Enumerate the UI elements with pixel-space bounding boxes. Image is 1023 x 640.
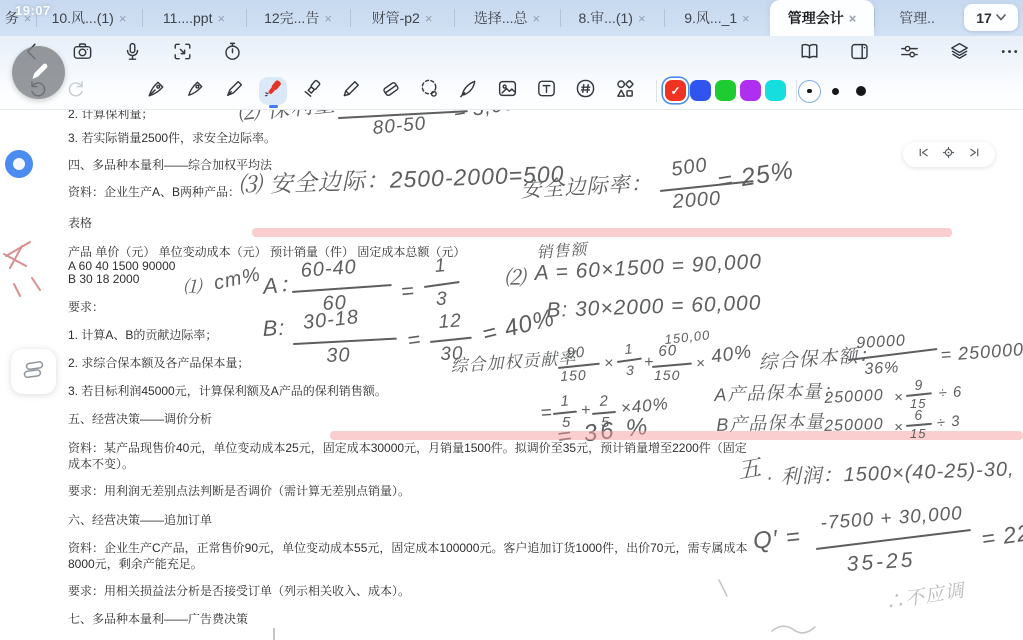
ink-text: 35-25 [846, 549, 916, 575]
ink-text: A产品保本量： [714, 382, 842, 404]
doc-line: 七、多品种本量利——广告费决策 [68, 612, 248, 626]
ink-text: 150,00 [664, 328, 711, 346]
doc-line: 四、多品种本量利——综合加权平均法 [68, 158, 272, 172]
ink-text: ⑴ [183, 278, 202, 296]
tab-close-icon[interactable]: × [217, 12, 225, 25]
ink-text: 2000 [672, 189, 722, 212]
marker-tool-active[interactable] [259, 77, 287, 105]
ink-text: 30-18 [302, 307, 360, 333]
screenshot-crop-icon [171, 40, 194, 68]
image-icon [496, 77, 519, 105]
skip-to-end-icon[interactable] [968, 146, 981, 164]
ink-text: 3 [626, 363, 635, 377]
fountain-pen-icon [145, 77, 168, 105]
timer-button[interactable] [218, 40, 246, 68]
ink-text: -7500 + 30,000 [820, 504, 963, 533]
eraser-icon [379, 77, 402, 105]
ink-text: = [406, 328, 423, 352]
doc-line: 2. 求综合保本额及各产品保本量； [68, 356, 249, 370]
color-swatch-red[interactable]: ✓ [665, 80, 686, 101]
tag-number-tool[interactable] [571, 77, 599, 105]
ink-text: + [581, 403, 591, 419]
doc-line: 1. 计算A、B的贡献边际率； [68, 328, 217, 342]
page-nav-pill [903, 142, 995, 167]
doc-line: 3. 若实际销量2500件，求安全边际率。 [68, 131, 276, 145]
toolbar-divider-2 [796, 80, 797, 102]
tab-count: 17 [976, 10, 992, 26]
text-box-icon [535, 77, 558, 105]
ink-text: Q′ = [752, 525, 802, 554]
doc-line: 资料：企业生产A、B两种产品： [68, 185, 240, 199]
ink-text: ÷ 3 [936, 414, 961, 431]
tab-item[interactable]: 9.风..._1× [664, 0, 770, 36]
doc-line: 3. 若目标利润45000元，计算保利额及A产品的保利销售额。 [68, 384, 387, 398]
microphone-button[interactable] [118, 40, 146, 68]
doc-line: A 60 40 1500 90000 [68, 259, 175, 273]
ink-text: × [604, 356, 614, 372]
toolbar: ✓ [0, 36, 1023, 110]
tab-close-icon[interactable]: × [425, 12, 433, 25]
ink-text: 60-40 [300, 257, 357, 281]
stroke-sizes [798, 79, 873, 103]
shapes-tool[interactable] [610, 77, 638, 105]
toolbar-row-tools: ✓ [0, 72, 1023, 110]
timer-icon [221, 40, 244, 68]
floating-blue-dot[interactable] [5, 150, 33, 178]
ballpoint-pen-icon [223, 77, 246, 105]
ink-text: 1 [560, 393, 570, 409]
calligraphy-pen-tool[interactable] [181, 77, 209, 105]
tab-label: 9.风..._1 [684, 8, 737, 28]
pencil-tool[interactable] [337, 77, 365, 105]
ink-text: 6 [914, 408, 924, 422]
highlighter-icon [301, 77, 324, 105]
ink-text: 1 [624, 341, 634, 356]
tab-close-icon[interactable]: × [742, 12, 750, 25]
app-window: 务×10.风...(1)×11....ppt×12完...告×财管-p2×选择.… [0, 0, 1023, 640]
ink-text: 150 [654, 368, 680, 382]
pen-box-button[interactable] [11, 349, 56, 394]
color-swatch-green[interactable] [715, 80, 736, 101]
tab-label: 财管-p2 [372, 8, 420, 28]
ink-text: 2 [599, 393, 609, 409]
chevron-down-icon [996, 14, 1006, 21]
ink-text: ÷ 6 [938, 384, 963, 401]
doc-line: 8000元，剩余产能充足。 [68, 557, 203, 571]
ink-text: A： [262, 273, 302, 298]
ink-text: · 利润：1500×(40-25)-30, [766, 459, 1015, 488]
ink-fraction-bar [424, 281, 460, 288]
tab-item[interactable]: 12完...告× [246, 0, 350, 36]
settings-button[interactable] [895, 40, 923, 68]
reader-mode-button[interactable] [795, 40, 823, 68]
ink-fraction-bar [430, 337, 472, 344]
microphone-icon [121, 40, 144, 68]
ink-text: = [540, 403, 553, 423]
ink-text: 1 [434, 256, 447, 276]
note-canvas[interactable]: 2. 计算保利量；3. 若实际销量2500件，求安全边际率。四、多品种本量利——… [0, 110, 1023, 640]
status-time: 19:07 [15, 3, 51, 18]
toolbar-divider [656, 80, 657, 102]
calligraphy-pen-icon [184, 77, 207, 105]
page-panel-icon [848, 40, 871, 68]
ink-text: ⑵ [504, 268, 526, 289]
ink-text: × [894, 420, 904, 435]
pen-tray-icon [18, 353, 50, 390]
doc-line: 要求：用相关损益法分析是否接受订单（列示相关收入、成本）。 [68, 584, 410, 598]
fountain-pen-tool[interactable] [142, 77, 170, 105]
tab-item[interactable]: 10.风...(1)× [36, 0, 142, 36]
tab-label: 8.审...(1) [578, 8, 632, 28]
tab-close-icon[interactable]: × [849, 12, 857, 25]
ink-text: = 250000 [940, 340, 1023, 364]
color-swatch-cyan[interactable] [765, 80, 786, 101]
ink-text: 安全边际率： [520, 173, 653, 201]
ink-text: = 2250 [980, 517, 1023, 550]
ink-text: 30 [326, 345, 351, 366]
locate-target-icon[interactable] [942, 146, 955, 164]
page-panel-button[interactable] [845, 40, 873, 68]
tab-label: 选择...总 [474, 8, 528, 28]
ink-text: B产品保本量 [716, 412, 825, 434]
lasso-select-tool[interactable] [415, 77, 443, 105]
insert-image-tool[interactable] [493, 77, 521, 105]
ink-text: ⑶ 安全边际：2500-2000=500 [238, 163, 565, 197]
tab-item[interactable]: 管理.. [874, 0, 960, 36]
ink-text: × [894, 390, 904, 405]
ink-text: + [644, 355, 654, 371]
pen-icon [24, 55, 54, 90]
ink-text: 3 [436, 290, 448, 309]
doc-line: 表格 [68, 216, 92, 230]
redo-button[interactable] [62, 77, 90, 105]
doc-line: 产品 单价（元） 单位变动成本（元） 预计销量（件） 固定成本总额（元） [68, 245, 465, 259]
text-box-tool[interactable] [532, 77, 560, 105]
tab-item[interactable]: 财管-p2× [350, 0, 454, 36]
camera-icon [71, 40, 94, 68]
screenshot-button[interactable] [168, 40, 196, 68]
ink-text: 综合加权贡献率 [450, 349, 577, 375]
ink-text: × [696, 356, 706, 371]
ink-text: 500 [670, 155, 709, 180]
ink-text: 90 [566, 345, 586, 361]
ink-text: = [400, 280, 416, 303]
layers-icon [948, 40, 971, 68]
doc-line: 六、经营决策——追加订单 [68, 513, 212, 527]
ink-text: 9 [914, 377, 924, 392]
tab-active[interactable]: 管理会计× [770, 0, 874, 36]
ink-text: B: 30×2000 = 60,000 [546, 292, 762, 320]
ink-text: 五 [736, 456, 764, 483]
doc-line: 2. 计算保利量； [68, 110, 153, 121]
camera-button[interactable] [68, 40, 96, 68]
tab-label: 12完...告 [264, 8, 319, 28]
ink-text: 15 [910, 427, 926, 440]
toolbar-row-top [0, 36, 1023, 72]
doc-line: B 30 18 2000 [68, 272, 139, 286]
tab-label: 10.风...(1) [52, 8, 114, 28]
tab-close-icon[interactable]: × [533, 12, 541, 25]
ballpoint-pen-tool[interactable] [220, 77, 248, 105]
eraser-tool[interactable] [376, 77, 404, 105]
ink-text: = 25% [716, 158, 796, 195]
stroke-size-small[interactable] [798, 80, 821, 103]
tab-label: 管理.. [899, 8, 935, 28]
ink-text: 90000 [856, 333, 906, 352]
more-ellipsis-icon [998, 40, 1021, 68]
pencil-icon [340, 77, 363, 105]
shapes-icon [613, 77, 636, 105]
doc-line: 资料：某产品现售价40元，单位变动成本25元，固定成本30000元，月销量150… [68, 441, 747, 455]
more-button[interactable] [995, 40, 1023, 68]
tab-close-icon[interactable]: × [119, 12, 127, 25]
red-marker-icon [262, 77, 285, 105]
tab-strip: 务×10.风...(1)×11....ppt×12完...告×财管-p2×选择.… [0, 0, 960, 36]
stroke-size-medium[interactable] [823, 79, 847, 103]
tab-label: 管理会计 [788, 8, 844, 28]
stroke-size-large[interactable] [849, 79, 873, 103]
ink-text: 40% [710, 342, 753, 367]
doc-line: 五、经营决策——调价分析 [68, 412, 212, 426]
ink-text: 36% [864, 360, 900, 378]
tab-bar: 务×10.风...(1)×11....ppt×12完...告×财管-p2×选择.… [0, 0, 1023, 36]
tab-count-button[interactable]: 17 [964, 4, 1018, 31]
color-swatch-blue[interactable] [690, 80, 711, 101]
tab-close-icon[interactable]: × [638, 12, 646, 25]
skip-to-start-icon[interactable] [917, 146, 930, 164]
ink-text: 12 [438, 311, 462, 332]
layers-button[interactable] [945, 40, 973, 68]
doc-line: 成本不变）。 [68, 457, 134, 471]
ink-text: B: [262, 317, 286, 340]
tab-close-icon[interactable]: × [324, 12, 332, 25]
ink-text: 80-50 [372, 114, 427, 138]
ink-text: 150 [560, 368, 587, 383]
doc-line: 资料：企业生产C产品，正常售价90元，单位变动成本55元，固定成本100000元… [68, 541, 747, 555]
highlight-stroke [252, 228, 952, 237]
ink-text: = 3,000 [452, 110, 529, 123]
redo-icon [65, 77, 88, 105]
tab-item[interactable]: 选择...总× [454, 0, 560, 36]
tab-item[interactable]: 11....ppt× [142, 0, 246, 36]
book-icon [798, 40, 821, 68]
doc-line: 要求： [68, 300, 104, 314]
lasso-icon [418, 77, 441, 105]
color-swatches: ✓ [665, 80, 786, 101]
tune-sliders-icon [898, 40, 921, 68]
tab-item[interactable]: 8.审...(1)× [560, 0, 664, 36]
ink-text: cm% [212, 264, 263, 293]
pen-fab-button[interactable] [12, 46, 65, 99]
ink-text: ∴不应调 [884, 581, 966, 612]
hashtag-icon [574, 77, 597, 105]
doc-line: 要求：用利润无差别点法判断是否调价（需计算无差别点销量）。 [68, 484, 410, 498]
color-swatch-purple[interactable] [740, 80, 761, 101]
quill-pen-tool[interactable] [454, 77, 482, 105]
highlighter-tool[interactable] [298, 77, 326, 105]
tab-label: 11....ppt [163, 10, 213, 26]
ink-text: 250000 [824, 417, 884, 435]
ink-text: 250000 [824, 388, 884, 407]
quill-pen-icon [457, 77, 480, 105]
